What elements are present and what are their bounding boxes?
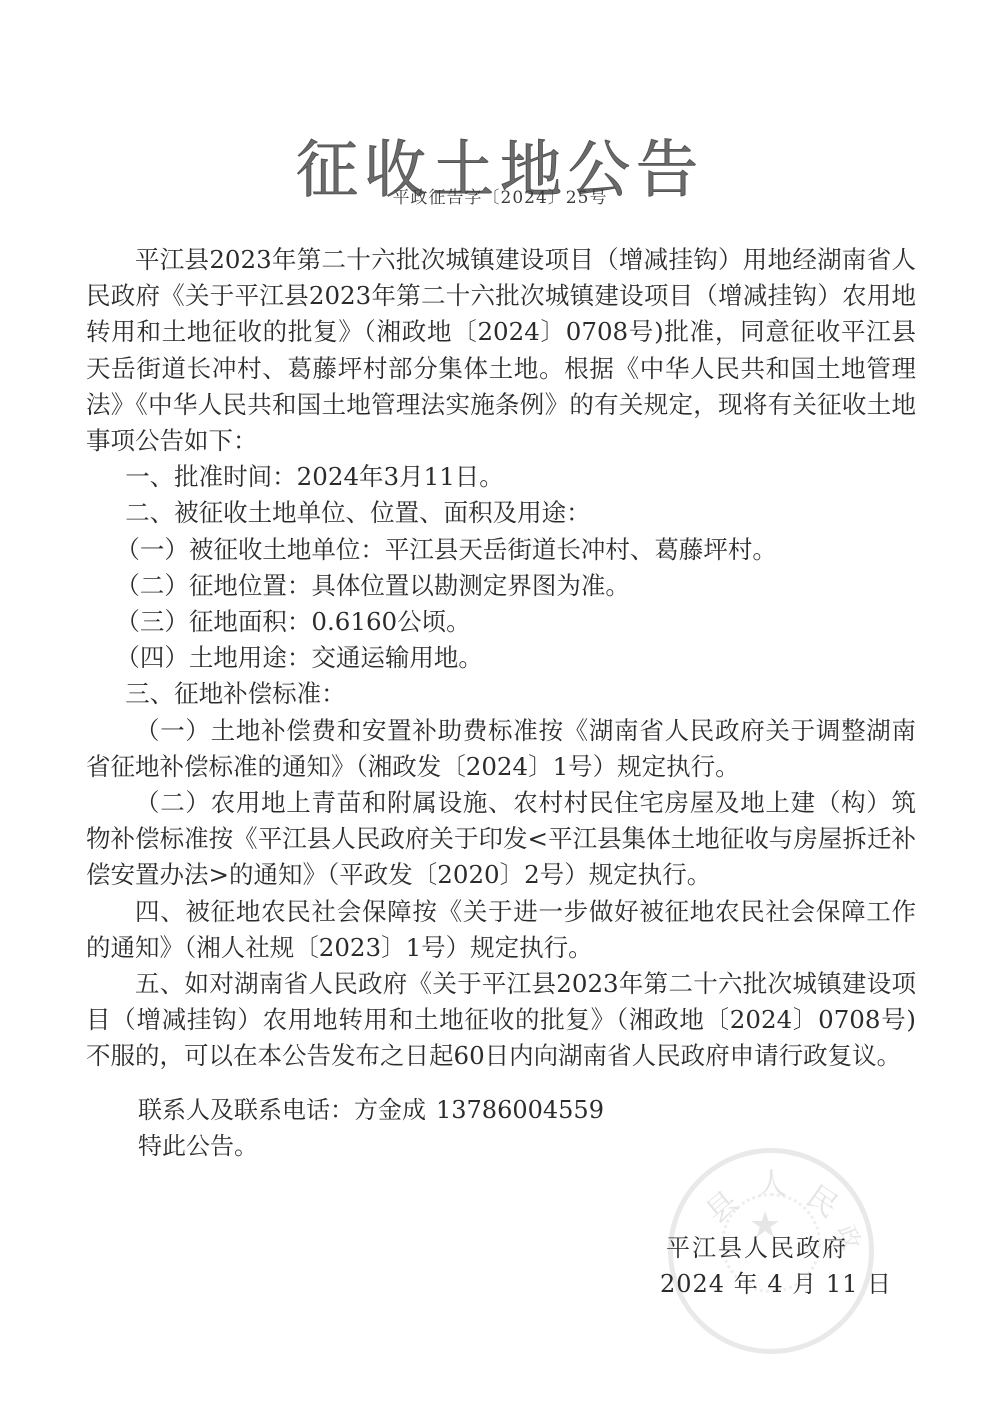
document-number: 平政征告字〔2024〕25号 bbox=[0, 183, 1000, 208]
section-social-security: 四、被征地农民社会保障按《关于进一步做好被征地农民社会保障工作的通知》（湘人社规… bbox=[86, 894, 916, 966]
section-administrative-review: 五、如对湖南省人民政府《关于平江县2023年第二十六批次城镇建设项目（增减挂钩）… bbox=[86, 966, 916, 1075]
section-land-info-heading: 二、被征收土地单位、位置、面积及用途： bbox=[86, 495, 916, 531]
signature-block: 平江县人民政府 2024 年 4 月 11 日 bbox=[660, 1230, 892, 1302]
subsection-land-location: （二）征地位置：具体位置以勘测定界图为准。 bbox=[86, 568, 916, 604]
section-approval-time: 一、批准时间：2024年3月11日。 bbox=[86, 459, 916, 495]
section-compensation-heading: 三、征地补偿标准： bbox=[86, 676, 916, 712]
seal-char-people: 人 bbox=[757, 1159, 787, 1203]
subsection-compensation-fees: （一）土地补偿费和安置补助费标准按《湖南省人民政府关于调整湖南省征地补偿标准的通… bbox=[86, 713, 916, 785]
announcement-page: 征收土地公告 平政征告字〔2024〕25号 平江县2023年第二十六批次城镇建设… bbox=[0, 0, 1000, 1414]
contact-line: 联系人及联系电话：方金成13786004559 bbox=[138, 1092, 604, 1128]
contact-block: 联系人及联系电话：方金成13786004559 特此公告。 bbox=[138, 1092, 604, 1164]
issue-date: 2024 年 4 月 11 日 bbox=[660, 1266, 892, 1302]
contact-phone: 13786004559 bbox=[436, 1096, 604, 1124]
closing-line: 特此公告。 bbox=[138, 1128, 604, 1164]
intro-paragraph: 平江县2023年第二十六批次城镇建设项目（增减挂钩）用地经湖南省人民政府《关于平… bbox=[86, 242, 916, 459]
issuer-name: 平江县人民政府 bbox=[666, 1230, 892, 1266]
subsection-land-area: （三）征地面积：0.6160公顷。 bbox=[86, 604, 916, 640]
subsection-compensation-structures: （二）农用地上青苗和附属设施、农村村民住宅房屋及地上建（构）筑物补偿标准按《平江… bbox=[86, 785, 916, 894]
announcement-body: 平江县2023年第二十六批次城镇建设项目（增减挂钩）用地经湖南省人民政府《关于平… bbox=[86, 242, 916, 1075]
contact-label: 联系人及联系电话：方金成 bbox=[138, 1096, 426, 1124]
subsection-land-usage: （四）土地用途：交通运输用地。 bbox=[86, 640, 916, 676]
subsection-land-units: （一）被征收土地单位：平江县天岳街道长冲村、葛藤坪村。 bbox=[86, 532, 916, 568]
